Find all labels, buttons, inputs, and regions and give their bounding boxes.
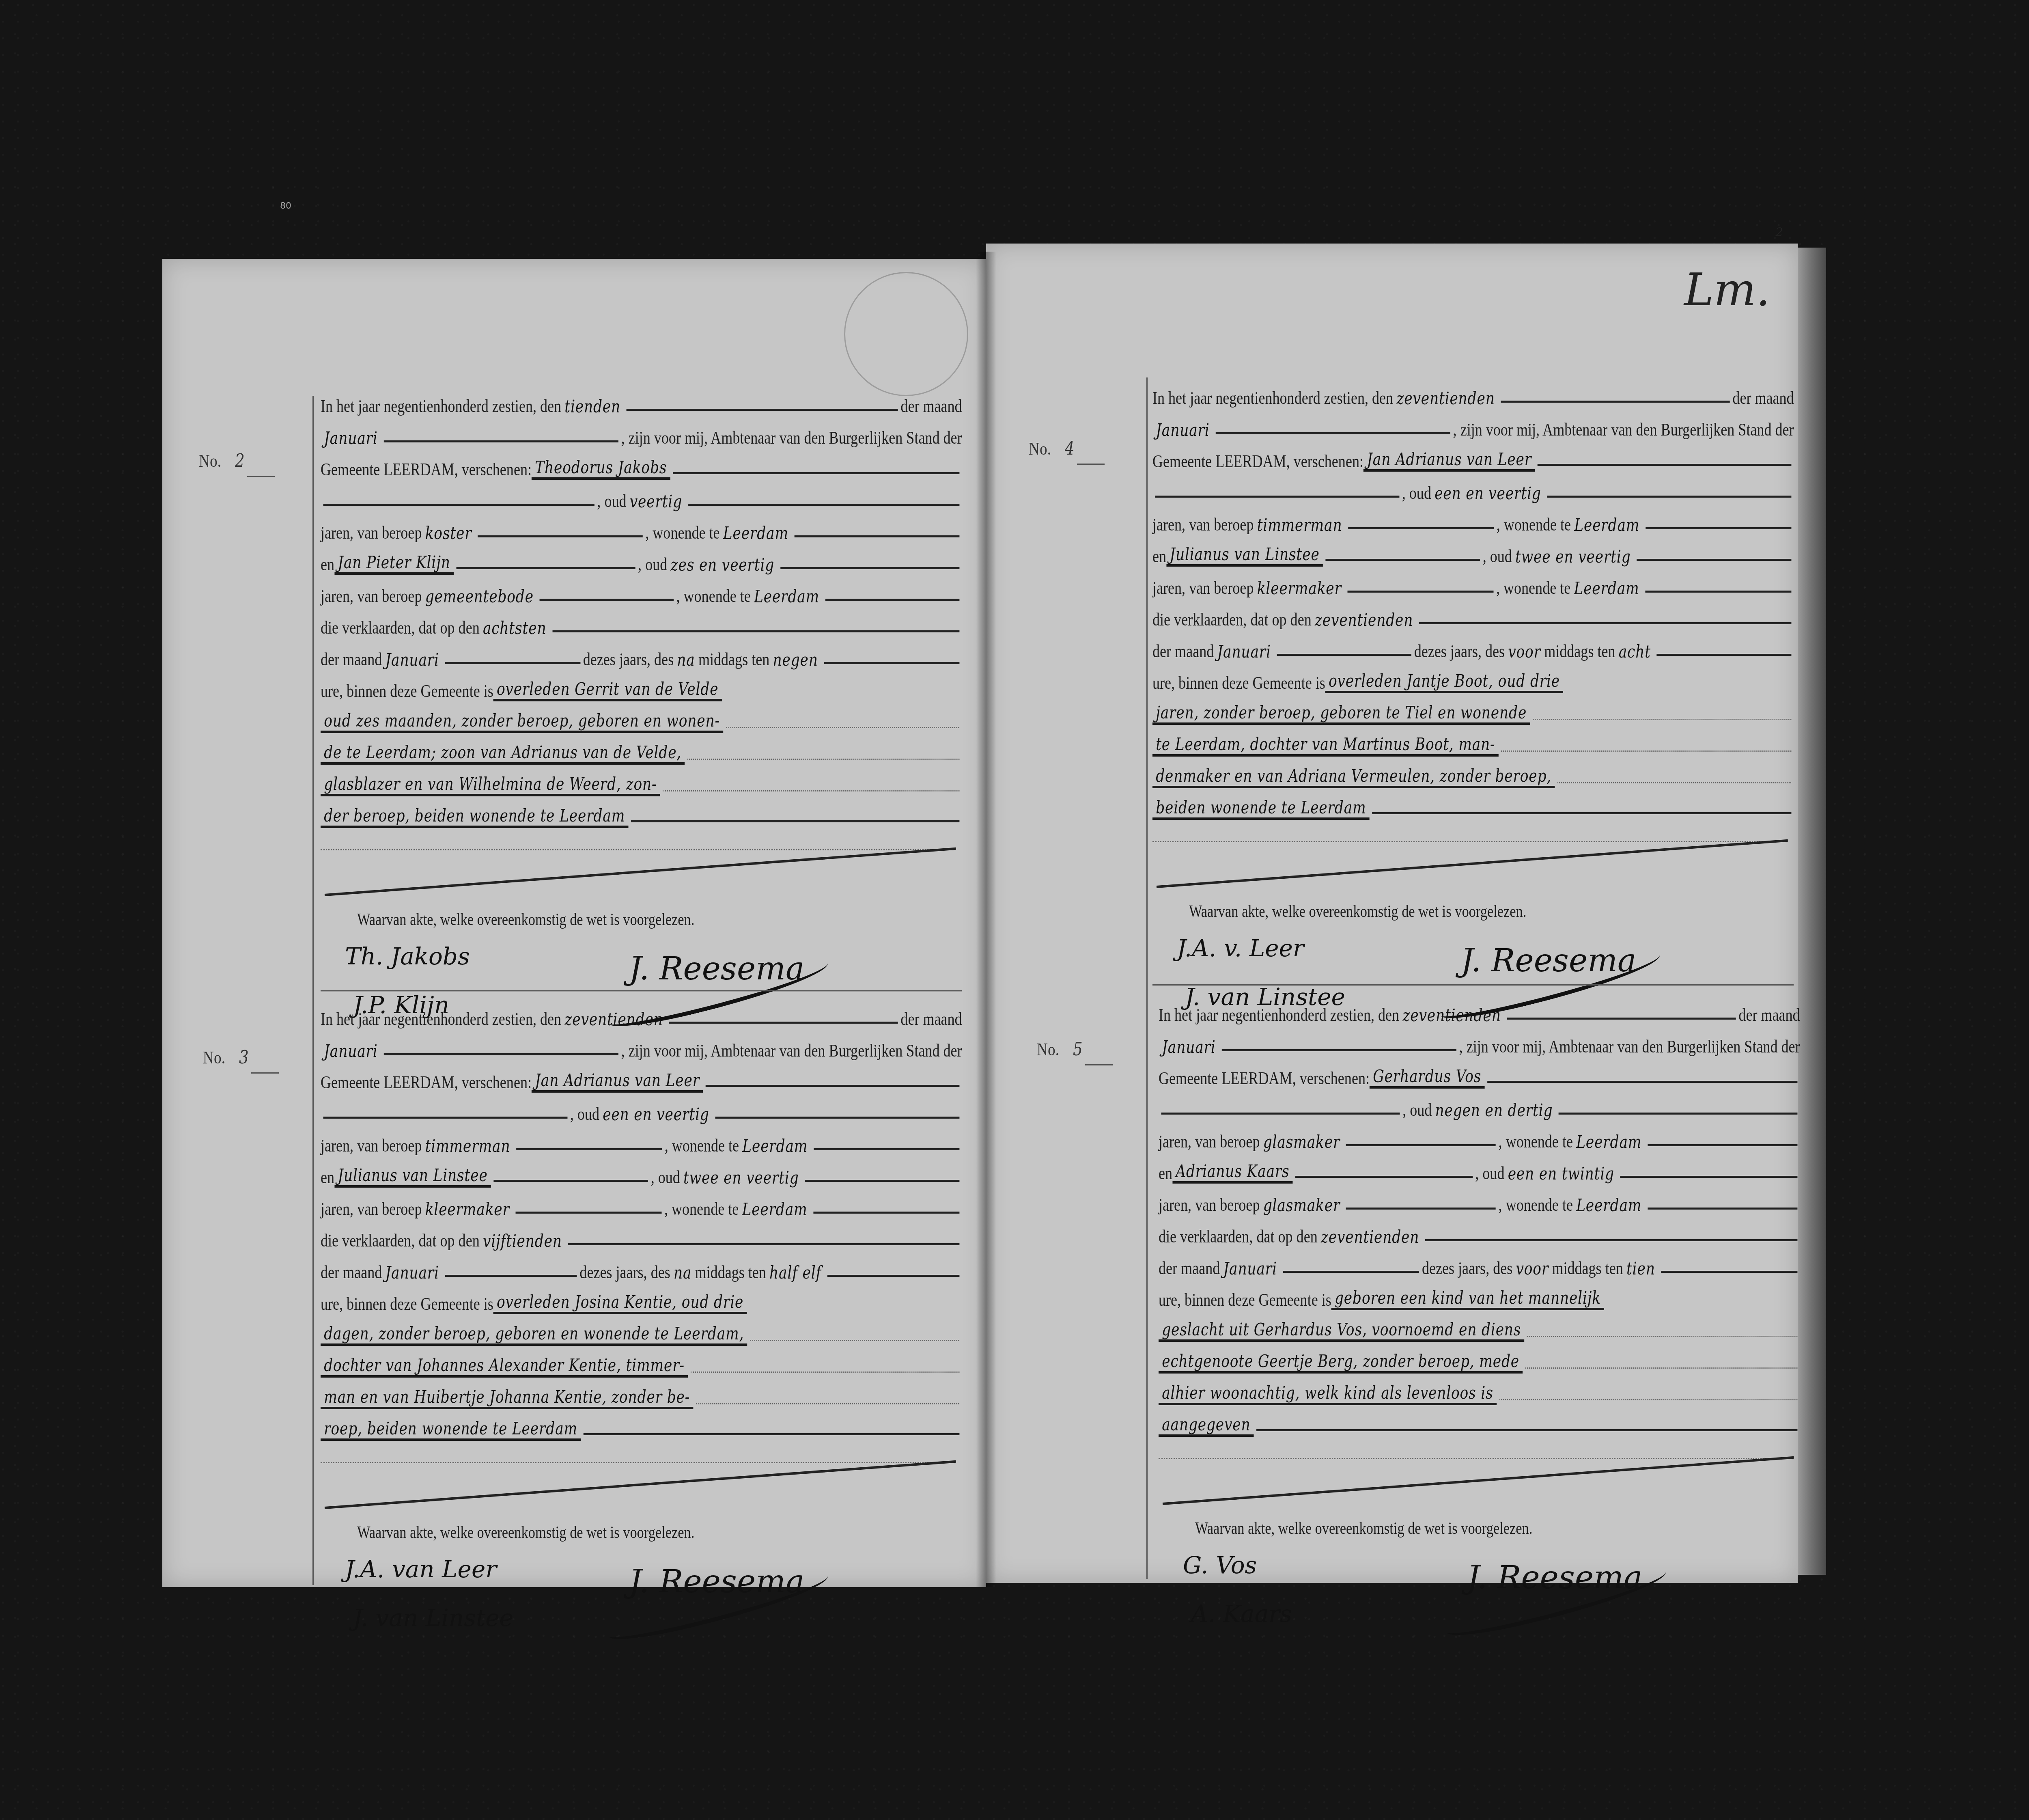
declarant-1-name: Theodorus Jakobs [532, 457, 670, 480]
blank-fill-line [323, 1117, 568, 1119]
blank-fill-line [1487, 1081, 1797, 1083]
printed-text: , oud [1483, 546, 1512, 567]
blank-fill-line [1346, 1208, 1496, 1210]
declarant-2-residence: Leerdam [739, 1199, 810, 1219]
form-line: jaren, van beroepgemeentebode, wonende t… [321, 580, 962, 606]
printed-text: die verklaarden, dat op den [1152, 609, 1312, 630]
blank-fill-line [1372, 812, 1791, 814]
entry-divider [1152, 984, 1794, 986]
form-line: , oudnegen en dertig [1159, 1093, 1800, 1120]
printed-text: , zijn voor mij, Ambtenaar van den Burge… [621, 427, 962, 448]
printed-text: , zijn voor mij, Ambtenaar van den Burge… [1453, 419, 1794, 440]
event-hour: acht [1615, 642, 1654, 662]
declarant-2-age: een en twintig [1504, 1164, 1618, 1184]
blank-fill-line [1346, 1144, 1496, 1146]
form-line: ure, binnen deze Gemeente isoverleden Ja… [1152, 666, 1794, 693]
blank-fill-line [540, 599, 674, 601]
blank-fill-line [1325, 559, 1480, 561]
form-line: ure, binnen deze Gemeente isoverleden Ge… [321, 675, 962, 701]
entry-body-line: overleden Gerrit van de Velde [493, 679, 722, 701]
printed-text: , oud [651, 1167, 680, 1188]
blank-fill-line [813, 1212, 959, 1214]
form-line: enAdrianus Kaars, oudeen en twintig [1159, 1157, 1800, 1184]
blank-fill-line [827, 1275, 959, 1277]
declarant-1-residence: Leerdam [1571, 515, 1643, 535]
entry-month: Januari [321, 428, 381, 448]
blank-fill-line [715, 1117, 959, 1119]
declarant-1-age: een en veertig [1431, 483, 1544, 503]
form-line: der maandJanuaridezes jaars, desvoormidd… [1152, 635, 1794, 662]
blank-fill-line [1547, 496, 1791, 498]
dotted-line [1527, 1336, 1797, 1337]
printed-text: , oud [1402, 483, 1431, 503]
printed-text: die verklaarden, dat op den [321, 1230, 480, 1251]
form-line: jaren, van beroepglasmaker, wonende teLe… [1159, 1125, 1800, 1152]
registrar-signature: J. Reesema [1467, 1559, 1643, 1596]
printed-text: ure, binnen deze Gemeente is [321, 1294, 493, 1314]
closing-formula: Waarvan akte, welke overeenkomstig de we… [357, 910, 694, 929]
declarant-2-age: zes en veertig [667, 555, 778, 575]
event-month: Januari [1220, 1259, 1280, 1279]
blank-fill-line [323, 504, 594, 506]
no-prefix: No. [199, 451, 221, 471]
form-line: In het jaar negentienhonderd zestien, de… [1152, 382, 1794, 408]
voor-na-middag: na [674, 650, 698, 670]
form-line: Gemeente LEERDAM, verschenen:Theodorus J… [321, 453, 962, 480]
printed-text: , wonende te [645, 522, 719, 543]
blank-fill-line [688, 504, 959, 506]
form-line: jaren, van beroeptimmerman, wonende teLe… [321, 1129, 962, 1156]
declarant-1-name: Gerhardus Vos [1370, 1066, 1485, 1089]
printed-text: die verklaarden, dat op den [321, 617, 480, 638]
entry-number-value: 5 [1073, 1039, 1083, 1060]
right-margin-rule [1146, 377, 1148, 1579]
blank-fill-line [795, 535, 959, 537]
blank-fill-line [1348, 527, 1494, 529]
printed-text: dezes jaars, des [1422, 1258, 1512, 1279]
declarant-2-name: Jan Pieter Klijn [334, 552, 454, 575]
blank-fill-line [1215, 432, 1450, 434]
entry-body-line: dochter van Johannes Alexander Kentie, t… [321, 1355, 688, 1378]
entry-month: Januari [1152, 420, 1213, 440]
blank-fill-line [1348, 591, 1494, 593]
printed-text: der maand [321, 649, 382, 670]
form-line: die verklaarden, dat op denvijftienden [321, 1224, 962, 1251]
printed-text: Gemeente LEERDAM, verschenen: [321, 1072, 532, 1093]
registrar-signature: J. Reesema [1461, 942, 1637, 979]
entry-number-value: 2 [235, 451, 245, 471]
form-line: jaren, van beroepkleermaker, wonende teL… [1152, 571, 1794, 598]
entry-body-line: dagen, zonder beroep, geboren en wonende… [321, 1324, 747, 1346]
printed-text: der maand [321, 1262, 382, 1283]
blank-fill-line [584, 1433, 959, 1435]
entry-body-line: geboren een kind van het mannelijk [1331, 1288, 1604, 1310]
form-line: dagen, zonder beroep, geboren en wonende… [321, 1319, 962, 1346]
form-line: roep, beiden wonende te Leerdam [321, 1414, 962, 1441]
printed-text: ure, binnen deze Gemeente is [321, 681, 493, 701]
printed-text: der maand [1159, 1258, 1220, 1279]
dotted-separator [321, 1462, 954, 1463]
blank-fill-line [1646, 527, 1791, 529]
blank-fill-line [1648, 1144, 1797, 1146]
blank-fill-line [1155, 496, 1400, 498]
blank-fill-line [552, 630, 959, 632]
closing-formula: Waarvan akte, welke overeenkomstig de we… [357, 1523, 694, 1542]
dotted-line [1525, 1367, 1797, 1369]
printed-text: der maand [1732, 388, 1794, 408]
form-line: enJan Pieter Klijn, oudzes en veertig [321, 548, 962, 575]
event-day: zeventienden [1318, 1227, 1423, 1247]
form-line: der beroep, beiden wonende te Leerdam [321, 801, 962, 828]
entry-number: No.2 [199, 451, 245, 471]
form-line: , oudeen en veertig [1152, 477, 1794, 503]
form-line: dochter van Johannes Alexander Kentie, t… [321, 1351, 962, 1378]
left-margin-rule [312, 396, 314, 1585]
form-line: die verklaarden, dat op denzeventienden [1159, 1220, 1800, 1247]
declarant-1-residence: Leerdam [720, 523, 792, 543]
blank-fill-line [1501, 401, 1730, 403]
blank-fill-line [706, 1085, 959, 1087]
entry-number-value: 3 [239, 1047, 249, 1068]
declarant-2-name: Adrianus Kaars [1172, 1161, 1293, 1184]
printed-text: der maand [900, 1009, 962, 1029]
printed-text: , zijn voor mij, Ambtenaar van den Burge… [621, 1040, 962, 1061]
entry-body-line: te Leerdam, dochter van Martinus Boot, m… [1152, 734, 1499, 757]
blank-fill-line [814, 1148, 959, 1150]
witness-signature: J. van Linstee [353, 1604, 513, 1632]
declarant-1-occupation: timmerman [1254, 515, 1345, 535]
printed-text: jaren, van beroep [321, 1135, 422, 1156]
entry-number: No.5 [1037, 1039, 1083, 1060]
witness-signature: J.A. v. Leer [1177, 934, 1304, 962]
form-line: enJulianus van Linstee, oudtwee en veert… [1152, 540, 1794, 567]
form-line: Gemeente LEERDAM, verschenen:Jan Adrianu… [1152, 445, 1794, 472]
entry-divider [321, 990, 962, 992]
form-line: In het jaar negentienhonderd zestien, de… [1159, 998, 1800, 1025]
entry-day: zeventienden [561, 1009, 666, 1029]
dotted-line [687, 759, 959, 760]
form-line: , oudeen en veertig [321, 1098, 962, 1124]
printed-text: ure, binnen deze Gemeente is [1152, 673, 1325, 693]
declarant-2-age: twee en veertig [680, 1168, 802, 1188]
printed-text: , oud [1402, 1100, 1432, 1120]
declarant-1-age: een en veertig [599, 1104, 713, 1124]
form-line: , oudveertig [321, 485, 962, 511]
form-line: der maandJanuaridezes jaars, desnamiddag… [321, 643, 962, 670]
entry-body-line: roep, beiden wonende te Leerdam [321, 1419, 581, 1441]
printed-text: middags ten [695, 1262, 766, 1283]
blank-fill-line [1277, 654, 1411, 656]
form-line: der maandJanuaridezes jaars, desvoormidd… [1159, 1252, 1800, 1279]
blank-fill-line [669, 1022, 898, 1024]
dotted-separator [1159, 1458, 1792, 1459]
entry-body-line: geslacht uit Gerhardus Vos, voornoemd en… [1159, 1320, 1525, 1342]
printed-text: jaren, van beroep [321, 586, 422, 606]
form-line: die verklaarden, dat op denachtsten [321, 611, 962, 638]
declarant-1-age: veertig [627, 492, 686, 511]
declarant-1-name: Jan Adrianus van Leer [532, 1070, 703, 1093]
dotted-line [1499, 1399, 1797, 1400]
printed-text: en [1152, 546, 1166, 567]
declarant-2-name: Julianus van Linstee [1166, 544, 1323, 567]
event-day: achtsten [480, 618, 550, 638]
printed-text: , zijn voor mij, Ambtenaar van den Burge… [1459, 1036, 1800, 1057]
blank-fill-line [445, 1275, 577, 1277]
no-prefix: No. [203, 1048, 225, 1067]
form-line: ure, binnen deze Gemeente isgeboren een … [1159, 1283, 1800, 1310]
entry-number: No.4 [1029, 438, 1075, 459]
blank-fill-line [1425, 1239, 1797, 1241]
form-line: die verklaarden, dat op denzeventienden [1152, 603, 1794, 630]
printed-text: Gemeente LEERDAM, verschenen: [1152, 451, 1363, 472]
printed-text: , wonende te [1499, 1195, 1573, 1215]
blank-fill-line [1507, 1018, 1736, 1020]
entry-body-line: oud zes maanden, zonder beroep, geboren … [321, 711, 723, 733]
entry-day: zeventienden [1393, 388, 1498, 408]
blank-fill-line [1637, 559, 1791, 561]
dotted-line [663, 790, 959, 791]
form-line: Januari, zijn voor mij, Ambtenaar van de… [1152, 413, 1794, 440]
dotted-line [696, 1403, 959, 1404]
blank-fill-line [568, 1243, 959, 1245]
printed-text: en [321, 554, 334, 575]
blank-fill-line [456, 567, 635, 569]
printed-text: dezes jaars, des [579, 1262, 670, 1283]
form-line: te Leerdam, dochter van Martinus Boot, m… [1152, 730, 1794, 757]
form-line: oud zes maanden, zonder beroep, geboren … [321, 706, 962, 733]
printed-text: middags ten [698, 649, 769, 670]
form-line: jaren, van beroepkleermaker, wonende teL… [321, 1192, 962, 1219]
entry-number-underline [1077, 464, 1105, 465]
no-prefix: No. [1029, 439, 1051, 459]
form-line: glasblazer en van Wilhelmina de Weerd, z… [321, 770, 962, 796]
blank-fill-line [1256, 1429, 1797, 1431]
entry-day: tienden [561, 397, 624, 416]
printed-text: In het jaar negentienhonderd zestien, de… [1152, 388, 1393, 408]
event-month: Januari [382, 1263, 442, 1283]
blank-fill-line [1661, 1271, 1797, 1273]
blank-fill-line [1161, 1113, 1400, 1115]
blank-fill-line [1645, 591, 1791, 593]
dotted-line [1501, 750, 1791, 752]
entry-body-line: de te Leerdam; zoon van Adrianus van de … [321, 742, 685, 765]
blank-fill-line [383, 440, 618, 442]
printed-text: , wonende te [664, 1199, 739, 1219]
form-line: Januari, zijn voor mij, Ambtenaar van de… [321, 421, 962, 448]
printed-text: dezes jaars, des [1414, 641, 1505, 662]
event-month: Januari [382, 650, 442, 670]
declarant-1-age: negen en dertig [1432, 1100, 1556, 1120]
declarant-2-residence: Leerdam [1573, 1195, 1645, 1215]
blank-fill-line [1538, 464, 1791, 466]
entry-number: No.3 [203, 1047, 249, 1068]
printed-text: en [321, 1167, 334, 1188]
printed-text: , oud [638, 554, 667, 575]
entry-number-underline [247, 476, 275, 477]
blank-fill-line [673, 472, 959, 474]
blank-fill-line [1283, 1271, 1419, 1273]
witness-signature: G. Vos [1183, 1551, 1257, 1579]
dotted-separator [321, 849, 954, 850]
printed-text: jaren, van beroep [1159, 1195, 1260, 1215]
printed-text: jaren, van beroep [321, 1199, 422, 1219]
blank-fill-line [516, 1212, 662, 1214]
declarant-2-residence: Leerdam [751, 587, 823, 606]
declarant-2-age: twee en veertig [1512, 547, 1634, 567]
form-line: ure, binnen deze Gemeente isoverleden Jo… [321, 1287, 962, 1314]
page-stack-edge [1798, 248, 1826, 1575]
declarant-1-name: Jan Adrianus van Leer [1363, 449, 1535, 472]
form-line: der maandJanuaridezes jaars, desnamiddag… [321, 1256, 962, 1283]
dotted-line [726, 727, 959, 728]
form-line: In het jaar negentienhonderd zestien, de… [321, 1003, 962, 1029]
declarant-2-occupation: kleermaker [422, 1199, 513, 1219]
blank-fill-line [1657, 654, 1791, 656]
declarant-2-name: Julianus van Linstee [334, 1165, 491, 1188]
printed-text: dezes jaars, des [583, 649, 674, 670]
form-line: denmaker en van Adriana Vermeulen, zonde… [1152, 761, 1794, 788]
declarant-2-residence: Leerdam [1570, 578, 1642, 598]
printed-text: middags ten [1544, 641, 1615, 662]
blank-fill-line [824, 662, 960, 664]
blank-fill-line [1648, 1208, 1797, 1210]
form-line: jaren, van beroeptimmerman, wonende teLe… [1152, 508, 1794, 535]
witness-signature: J.A. van Leer [345, 1555, 497, 1583]
declarant-1-occupation: timmerman [422, 1136, 513, 1156]
event-day: zeventienden [1312, 610, 1417, 630]
form-line: enJulianus van Linstee, oudtwee en veert… [321, 1161, 962, 1188]
blank-fill-line [383, 1053, 618, 1055]
printed-text: der maand [1152, 641, 1214, 662]
entry-body-line: overleden Josina Kentie, oud drie [493, 1292, 747, 1314]
printed-text: en [1159, 1163, 1172, 1184]
form-line: jaren, van beroepglasmaker, wonende teLe… [1159, 1188, 1800, 1215]
declarant-1-occupation: glasmaker [1260, 1132, 1343, 1152]
declarant-2-occupation: gemeentebode [422, 587, 537, 606]
printed-text: , wonende te [1499, 1131, 1573, 1152]
event-hour: tien [1623, 1259, 1659, 1279]
no-prefix: No. [1037, 1039, 1059, 1059]
entry-body-line: der beroep, beiden wonende te Leerdam [321, 806, 628, 828]
printed-text: jaren, van beroep [1159, 1131, 1260, 1152]
witness-signature: A. Kaars [1191, 1600, 1292, 1628]
entry-body-line: beiden wonende te Leerdam [1152, 798, 1370, 820]
entry-number-underline [1085, 1064, 1113, 1065]
witness-signature: Th. Jakobs [345, 942, 470, 970]
printed-text: , wonende te [665, 1135, 739, 1156]
book-gutter [976, 252, 996, 1587]
printed-text: der maand [900, 396, 962, 416]
form-line: Gemeente LEERDAM, verschenen:Gerhardus V… [1159, 1062, 1800, 1089]
blank-fill-line [631, 820, 959, 822]
entry-body-line: alhier woonachtig, welk kind als levenlo… [1159, 1383, 1497, 1405]
voor-na-middag: na [670, 1263, 695, 1283]
form-line: beiden wonende te Leerdam [1152, 793, 1794, 820]
printed-text: In het jaar negentienhonderd zestien, de… [321, 396, 561, 416]
event-hour: negen [769, 650, 821, 670]
registrar-signature: J. Reesema [629, 951, 805, 987]
form-line: jaren, zonder beroep, geboren te Tiel en… [1152, 698, 1794, 725]
entry-body-line: glasblazer en van Wilhelmina de Weerd, z… [321, 774, 660, 796]
dotted-line [750, 1340, 959, 1341]
printed-text: In het jaar negentienhonderd zestien, de… [1159, 1005, 1399, 1025]
printed-text: middags ten [1552, 1258, 1623, 1279]
closing-formula: Waarvan akte, welke overeenkomstig de we… [1195, 1519, 1532, 1538]
entry-body-line: denmaker en van Adriana Vermeulen, zonde… [1152, 766, 1555, 788]
event-day: vijftienden [480, 1231, 565, 1251]
dotted-separator [1152, 841, 1786, 842]
dotted-line [691, 1371, 959, 1373]
blank-fill-line [805, 1180, 959, 1182]
blank-fill-line [1620, 1176, 1797, 1178]
blank-fill-line [627, 409, 898, 411]
printed-text: jaren, van beroep [1152, 514, 1254, 535]
entry-body-line: aangegeven [1159, 1415, 1254, 1437]
printed-text: In het jaar negentienhonderd zestien, de… [321, 1009, 561, 1029]
dotted-line [1557, 782, 1791, 783]
printed-text: jaren, van beroep [1152, 578, 1254, 598]
entry-body-line: man en van Huibertje Johanna Kentie, zon… [321, 1387, 693, 1409]
event-hour: half elf [766, 1263, 825, 1283]
printed-text: ure, binnen deze Gemeente is [1159, 1290, 1331, 1310]
blank-fill-line [493, 1180, 648, 1182]
blank-fill-line [1559, 1113, 1797, 1115]
form-line: Januari, zijn voor mij, Ambtenaar van de… [1159, 1030, 1800, 1057]
blank-fill-line [445, 662, 581, 664]
printed-text: der maand [1738, 1005, 1800, 1025]
blank-fill-line [1419, 622, 1791, 624]
declarant-1-residence: Leerdam [1573, 1132, 1645, 1152]
entry-body-line: overleden Jantje Boot, oud drie [1325, 671, 1564, 693]
entry-month: Januari [1159, 1037, 1219, 1057]
faded-stamp [844, 272, 968, 396]
entry-number-value: 4 [1065, 438, 1075, 459]
form-line: geslacht uit Gerhardus Vos, voornoemd en… [1159, 1315, 1800, 1342]
declarant-2-occupation: kleermaker [1254, 578, 1345, 598]
entry-number-underline [251, 1072, 279, 1074]
closing-formula: Waarvan akte, welke overeenkomstig de we… [1189, 902, 1526, 921]
declarant-1-residence: Leerdam [739, 1136, 811, 1156]
form-line: jaren, van beroepkoster, wonende teLeerd… [321, 516, 962, 543]
form-line: Gemeente LEERDAM, verschenen:Jan Adrianu… [321, 1066, 962, 1093]
form-line: In het jaar negentienhonderd zestien, de… [321, 390, 962, 416]
printed-text: , wonende te [676, 586, 750, 606]
blank-fill-line [1221, 1049, 1456, 1051]
declarant-2-occupation: glasmaker [1260, 1195, 1343, 1215]
registrar-signature: J. Reesema [629, 1563, 805, 1600]
printed-text: , wonende te [1496, 578, 1570, 598]
form-line: Januari, zijn voor mij, Ambtenaar van de… [321, 1034, 962, 1061]
printed-text: jaren, van beroep [321, 522, 422, 543]
printed-text: , oud [597, 491, 626, 511]
form-line: echtgenoote Geertje Berg, zonder beroep,… [1159, 1347, 1800, 1374]
voor-na-middag: voor [1505, 642, 1544, 662]
blank-fill-line [780, 567, 959, 569]
page-number-annotation: 2 [1775, 225, 1783, 239]
form-line: man en van Huibertje Johanna Kentie, zon… [321, 1382, 962, 1409]
entry-body-line: jaren, zonder beroep, geboren te Tiel en… [1152, 703, 1530, 725]
form-line: alhier woonachtig, welk kind als levenlo… [1159, 1378, 1800, 1405]
form-line: aangegeven [1159, 1410, 1800, 1437]
printed-text: Gemeente LEERDAM, verschenen: [1159, 1068, 1370, 1089]
voor-na-middag: voor [1512, 1259, 1552, 1279]
entry-month: Januari [321, 1041, 381, 1061]
printed-text: , wonende te [1497, 514, 1571, 535]
entry-day: zeventienden [1399, 1005, 1504, 1025]
blank-fill-line [825, 599, 959, 601]
corner-initials: Lm. [1684, 264, 1770, 316]
blank-fill-line [516, 1148, 662, 1150]
